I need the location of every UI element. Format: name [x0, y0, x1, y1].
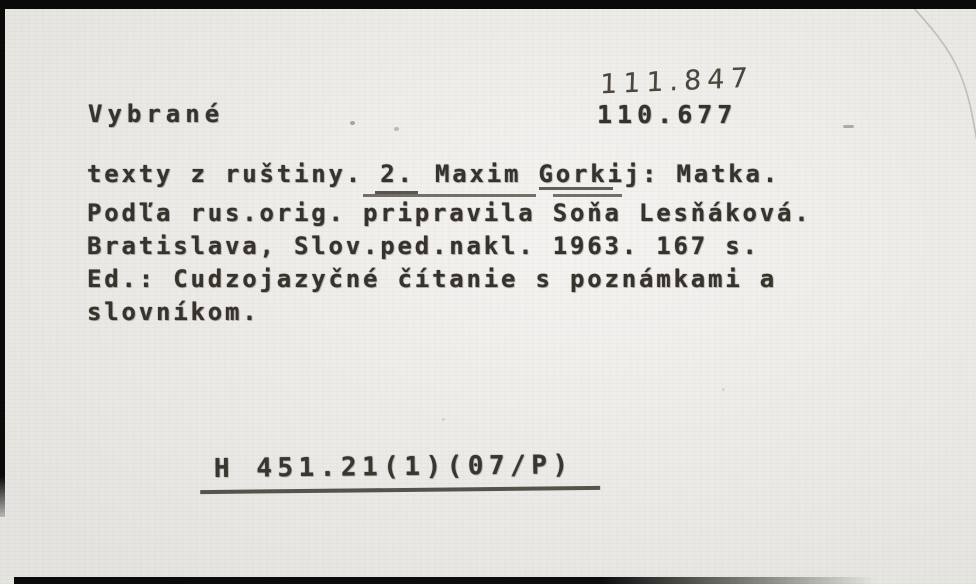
handwritten-accession-number: 111.847: [600, 63, 754, 101]
catalog-card: Vybrané 111.847 110.677 texty z ruštiny.…: [0, 0, 976, 584]
scan-edge-left: [0, 9, 5, 517]
editor-surname: Lesňáková.: [622, 199, 812, 227]
edition-number-underlined: 2.: [375, 158, 418, 194]
entry-line-1: texty z ruštiny. 2. Maxim Gorkij: Matka.: [87, 158, 812, 194]
entry-line-2: Podľa rus.orig. pripravila Soňa Lesňákov…: [87, 194, 812, 230]
overlined-name: Soňa: [553, 194, 622, 230]
work-title: : Matka.: [642, 160, 780, 188]
scan-edge-bottom: [14, 577, 876, 584]
author-first-name: Maxim: [418, 160, 539, 188]
title-text: texty z ruštiny.: [87, 160, 380, 188]
entry-line-3-imprint: Bratislava, Slov.ped.nakl. 1963. 167 s.: [87, 230, 812, 263]
bibliographic-entry: texty z ruštiny. 2. Maxim Gorkij: Matka.…: [87, 158, 812, 329]
stray-ink-dot: [394, 127, 399, 131]
heading-word: Vybrané: [88, 100, 224, 128]
call-number-underline: H 451.21(1)(07/P): [200, 450, 600, 494]
entry-line-4-series: Ed.: Cudzojazyčné čítanie s poznámkami a: [87, 263, 812, 296]
spacer-text: [536, 199, 553, 227]
scan-edge-top: [0, 0, 976, 9]
statement-of-responsibility: Podľa rus.orig.: [87, 199, 363, 227]
overlined-word: pripravila: [363, 194, 536, 230]
author-surname-underlined: Gorkij: [539, 160, 643, 190]
call-number: H 451.21(1)(07/P): [214, 450, 574, 484]
entry-line-5-series-cont: slovníkom.: [87, 296, 812, 329]
stray-ink-dot: [350, 121, 355, 125]
stray-ink-dash: [843, 125, 854, 128]
paper-speck: [722, 388, 725, 391]
paper-speck: [442, 418, 445, 421]
typed-accession-number: 110.677: [597, 100, 737, 129]
